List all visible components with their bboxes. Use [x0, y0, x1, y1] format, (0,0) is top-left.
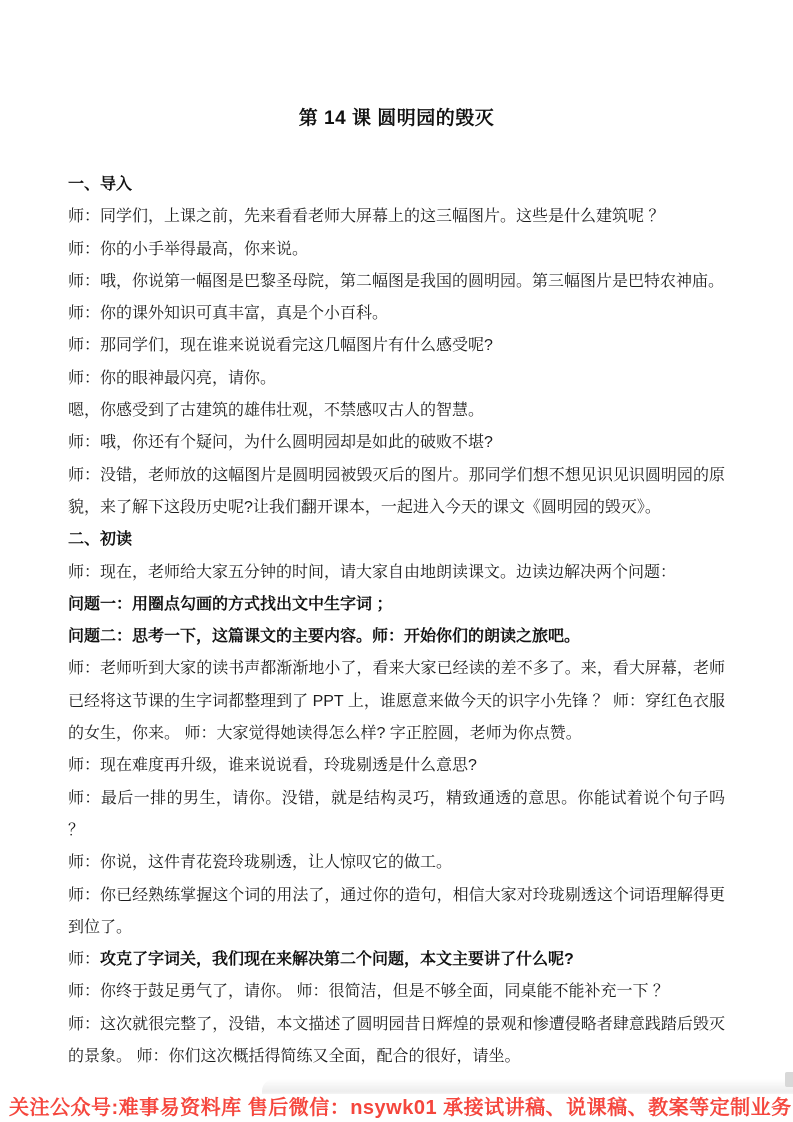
text-run: 师：你说，这件青花瓷玲珑剔透，让人惊叹它的做工。 [68, 854, 452, 871]
paragraph: 师：哦，你还有个疑问，为什么圆明园却是如此的破败不堪? [68, 427, 725, 459]
promo-footer: 关注公众号:难事易资料库 售后微信：nsywk01 承接试讲稿、说课稿、教案等定… [9, 1091, 793, 1120]
document-body: 一、导入师：同学们，上课之前，先来看看老师大屏幕上的这三幅图片。这些是什么建筑呢… [68, 169, 725, 1073]
text-run: 师：这次就很完整了，没错，本文描述了圆明园昔日辉煌的景观和惨遭侵略者肆意践踏后毁… [68, 1016, 725, 1065]
text-run: 嗯，你感受到了古建筑的雄伟壮观，不禁感叹古人的智慧。 [68, 402, 484, 419]
document-page: 第 14 课 圆明园的毁灭 一、导入师：同学们，上课之前，先来看看老师大屏幕上的… [0, 0, 793, 1122]
text-run: 攻克了字词关，我们现在来解决第二个问题，本文主要讲了什么呢? [100, 951, 574, 968]
paragraph: 师：最后一排的男生，请你。没错，就是结构灵巧，精致通透的意思。你能试着说个句子吗… [68, 783, 725, 848]
paragraph: 嗯，你感受到了古建筑的雄伟壮观，不禁感叹古人的智慧。 [68, 395, 725, 427]
paragraph: 师：你的眼神最闪亮，请你。 [68, 363, 725, 395]
text-run: 师：哦，你说第一幅图是巴黎圣母院，第二幅图是我国的圆明园。第三幅图片是巴特农神庙… [68, 273, 724, 290]
text-run: 师：没错，老师放的这幅图片是圆明园被毁灭后的图片。那同学们想不想见识见识圆明园的… [68, 467, 725, 516]
text-run: 问题一：用圈点勾画的方式找出文中生字词 ； [68, 596, 392, 613]
text-run: 师： [68, 951, 100, 968]
paragraph: 师：那同学们，现在谁来说说看完这几幅图片有什么感受呢? [68, 330, 725, 362]
paragraph: 师：没错，老师放的这幅图片是圆明园被毁灭后的图片。那同学们想不想见识见识圆明园的… [68, 460, 725, 525]
page-corner-artifact [785, 1072, 793, 1087]
paragraph: 师：你已经熟练掌握这个词的用法了，通过你的造句，相信大家对玲珑剔透这个词语理解得… [68, 880, 725, 945]
text-run: 二、初读 [68, 531, 132, 548]
section-heading: 一、导入 [68, 169, 725, 201]
paragraph: 师：现在，老师给大家五分钟的时间，请大家自由地朗读课文。边读边解决两个问题： [68, 557, 725, 589]
paragraph: 师：攻克了字词关，我们现在来解决第二个问题，本文主要讲了什么呢? [68, 944, 725, 976]
paragraph: 师：老师听到大家的读书声都渐渐地小了，看来大家已经读的差不多了。来，看大屏幕，老… [68, 653, 725, 750]
text-run: 问题二：思考一下，这篇课文的主要内容。师：开始你们的朗读之旅吧。 [68, 628, 580, 645]
paragraph: 师：你说，这件青花瓷玲珑剔透，让人惊叹它的做工。 [68, 847, 725, 879]
text-run: 师：你的眼神最闪亮，请你。 [68, 370, 276, 387]
text-run: 师：哦，你还有个疑问，为什么圆明园却是如此的破败不堪? [68, 434, 493, 451]
text-run: 师：同学们，上课之前，先来看看老师大屏幕上的这三幅图片。这些是什么建筑呢 ？ [68, 208, 664, 225]
text-run: 师：你终于鼓足勇气了，请你。 师：很简洁，但是不够全面，同桌能不能补充一下 ？ [68, 983, 669, 1000]
paragraph: 师：这次就很完整了，没错，本文描述了圆明园昔日辉煌的景观和惨遭侵略者肆意践踏后毁… [68, 1009, 725, 1074]
text-run: 师：最后一排的男生，请你。没错，就是结构灵巧，精致通透的意思。你能试着说个句子吗… [68, 790, 725, 839]
paragraph: 师：你的课外知识可真丰富，真是个小百科。 [68, 298, 725, 330]
paragraph: 师：你的小手举得最高，你来说。 [68, 234, 725, 266]
text-run: 师：你的课外知识可真丰富，真是个小百科。 [68, 305, 388, 322]
text-run: 师：你的小手举得最高，你来说。 [68, 241, 308, 258]
text-run: 师：那同学们，现在谁来说说看完这几幅图片有什么感受呢? [68, 337, 493, 354]
paragraph: 问题一：用圈点勾画的方式找出文中生字词 ； [68, 589, 725, 621]
paragraph: 师：哦，你说第一幅图是巴黎圣母院，第二幅图是我国的圆明园。第三幅图片是巴特农神庙… [68, 266, 725, 298]
text-run: 师：现在难度再升级，谁来说说看，玲珑剔透是什么意思? [68, 757, 477, 774]
paragraph: 师：同学们，上课之前，先来看看老师大屏幕上的这三幅图片。这些是什么建筑呢 ？ [68, 201, 725, 233]
section-heading: 二、初读 [68, 524, 725, 556]
text-run: 师：老师听到大家的读书声都渐渐地小了，看来大家已经读的差不多了。来，看大屏幕，老… [68, 660, 725, 742]
paragraph: 师：现在难度再升级，谁来说说看，玲珑剔透是什么意思? [68, 750, 725, 782]
text-run: 一、导入 [68, 176, 132, 193]
document-title: 第 14 课 圆明园的毁灭 [0, 103, 793, 130]
paragraph: 问题二：思考一下，这篇课文的主要内容。师：开始你们的朗读之旅吧。 [68, 621, 725, 653]
text-run: 师：现在，老师给大家五分钟的时间，请大家自由地朗读课文。边读边解决两个问题： [68, 564, 676, 581]
text-run: 师：你已经熟练掌握这个词的用法了，通过你的造句，相信大家对玲珑剔透这个词语理解得… [68, 887, 725, 936]
paragraph: 师：你终于鼓足勇气了，请你。 师：很简洁，但是不够全面，同桌能不能补充一下 ？ [68, 976, 725, 1008]
